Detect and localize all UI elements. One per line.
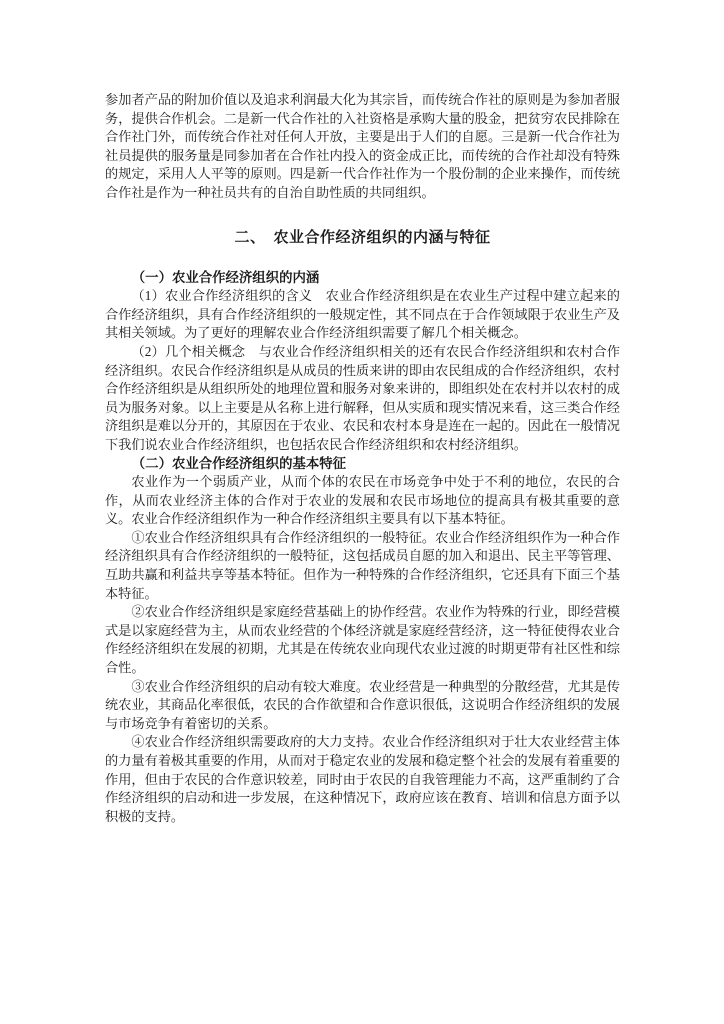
paragraph-definition: （1）农业合作经济组织的含义 农业合作经济组织是在农业生产过程中建立起来的合作经… [105,287,620,343]
paragraph-features-intro: 农业作为一个弱质产业，从而个体的农民在市场竞争中处于不利的地位，农民的合作，从而… [105,473,620,529]
subsection-2-heading: （二）农业合作经济组织的基本特征 [105,455,620,474]
continuation-paragraph: 参加者产品的附加价值以及追求利润最大化为其宗旨，而传统合作社的原则是为参加者服务… [105,91,620,203]
document-page: 参加者产品的附加价值以及追求利润最大化为其宗旨，而传统合作社的原则是为参加者服务… [0,0,724,1024]
paragraph-feature-2: ②农业合作经济组织是家庭经营基础上的协作经营。农业作为特殊的行业，即经营模式是以… [105,603,620,677]
section-heading: 二、 农业合作经济组织的内涵与特征 [105,228,620,249]
paragraph-feature-1: ①农业合作经济组织具有合作经济组织的一般特征。农业合作经济组织作为一种合作经济组… [105,529,620,603]
paragraph-feature-4: ④农业合作经济组织需要政府的大力支持。农业合作经济组织对于壮大农业经营主体的力量… [105,733,620,826]
paragraph-feature-3: ③农业合作经济组织的启动有较大难度。农业经营是一种典型的分散经营，尤其是传统农业… [105,678,620,734]
paragraph-related-concepts: （2）几个相关概念 与农业合作经济组织相关的还有农民合作经济组织和农村合作经济组… [105,343,620,455]
subsection-1-heading: （一）农业合作经济组织的内涵 [105,269,620,288]
